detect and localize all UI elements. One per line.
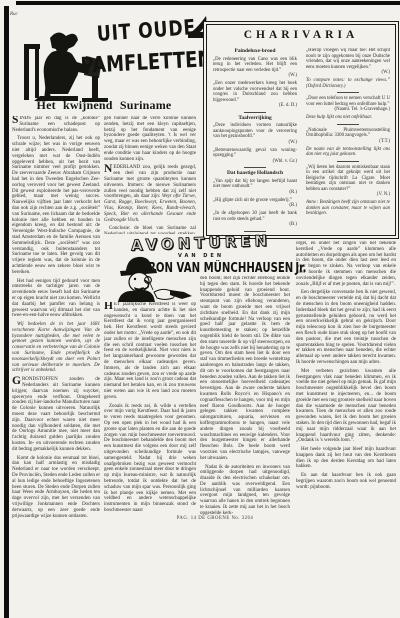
- charivaria-box: CHARIVARIA Paindeluxe-brood „De redeneer…: [203, 21, 399, 239]
- paragraph: Nadat ik de autoriteiten en inwoners van…: [200, 465, 290, 517]
- charivaria-note: Antw.: Bestätigen heeft zijn ontstaan ni…: [306, 200, 390, 217]
- paragraph: HET jaarlijksche Kerstfeest is weer op h…: [104, 302, 196, 401]
- paragraph: Een dergelijke conversatie ben ik niet g…: [296, 290, 396, 365]
- dropcap: H: [104, 302, 114, 312]
- masthead: Ruc UIT OUDE PAMFLETTEN: [10, 10, 200, 96]
- paragraph: En aan dat haardvuur ben ik ook gaan beg…: [296, 473, 396, 490]
- suriname-column-1: SINDS jaar en dag is de „kolonie” Surina…: [12, 116, 100, 520]
- dropcap: N: [104, 165, 113, 175]
- divider: [244, 112, 266, 113]
- dropcap: G: [12, 377, 22, 387]
- story-column-2: den boom; met zijn rechter elleboog leun…: [200, 276, 290, 520]
- paragraph: SINDS jaar en dag is de „kolonie” Surina…: [12, 116, 100, 133]
- paragraph: NEDERLAND zou, gelijk reeds gezegd, een …: [104, 165, 196, 223]
- paragraph: gen hunner naar de verre kolonie kunnen …: [104, 116, 196, 162]
- charivaria-subhead: Taalverrijking: [213, 116, 297, 122]
- avonturen-title-line1: AVONTUREN: [131, 232, 272, 255]
- charivaria-quote: „In de afgeloopen 30 jaar heeft de bank …: [213, 211, 297, 228]
- paragraph: Conclusie: de bloei van Suriname zal Ned…: [104, 226, 196, 234]
- charivaria-quote: „Deze individuen vormen natuurlijke aank…: [213, 123, 297, 145]
- charivaria-note: De naam van de tentoonstelling lijkt ons…: [306, 147, 390, 158]
- story-column-3: orgel, en onder het zingen van het beken…: [296, 241, 396, 491]
- masthead-line1: UIT OUDE: [96, 15, 197, 46]
- charivaria-note: Deze hulp lijkt ons niet onfeilbaar.: [306, 115, 390, 121]
- newspaper-page: Ruc UIT OUDE PAMFLETTEN Het kwijne: [0, 0, 400, 618]
- paragraph: GRONDSTOFFEN zouden de Nederlanders uit …: [12, 377, 100, 452]
- charivaria-quote: „Een onzer medewerkers kreeg het boek on…: [213, 81, 297, 109]
- paragraph: Komt de kolonie dus eenmaal tot bloei, d…: [12, 456, 100, 520]
- paragraph: Zooals ik reeds zei, ik wilde u vertelle…: [104, 404, 196, 514]
- charivaria-note: To compare notes: to exchange views.” (O…: [306, 78, 390, 89]
- charivaria-quote: „Hierop vroegen wij maar toe: Het schijn…: [306, 48, 390, 76]
- charivaria-quote: „Betreurenswaardig geval van woning-opze…: [213, 148, 297, 165]
- scan-edge-bar: [4, 6, 9, 618]
- paragraph: den boom; met zijn rechter elleboog leun…: [200, 276, 290, 462]
- article-title-suriname: Het kwijnend Suriname: [10, 98, 198, 113]
- charivaria-right-column: „Hierop vroegen wij maar toe: Het schijn…: [306, 48, 390, 233]
- charivaria-subhead: Dat haastige Hollandsch: [213, 171, 297, 177]
- charivaria-quote: „Hij glipte zich uit de groote vergaderi…: [213, 198, 297, 209]
- paragraph: Met verbeten gezichten kwamen alle feest…: [296, 369, 396, 444]
- divider: [337, 124, 359, 125]
- paragraph: Het heele volgende jaar bleef mijn haard…: [296, 447, 396, 470]
- divider: [244, 167, 266, 168]
- scan-top-bar: [16, 1, 400, 5]
- page-footer: PAG. 14 DE GROENE No. 3264: [160, 516, 270, 521]
- baron-illustration: [106, 256, 198, 302]
- charivaria-quote: „De redeneering van Cano was een blik te…: [213, 57, 297, 79]
- charivaria-subhead: Paindeluxe-brood: [213, 49, 297, 55]
- charivaria-title: CHARIVARIA: [204, 29, 398, 41]
- charivaria-quote: „Van spijt dat hij tot langen leeftijd h…: [213, 179, 297, 196]
- charivaria-quote: „Wij lieten het daarom onmiskenbaar staa…: [306, 165, 390, 198]
- suriname-column-2: gen hunner naar de verre kolonie kunnen …: [104, 116, 196, 234]
- charivaria-quote: „Nationale Pluimveetentoonstelling Ornit…: [306, 128, 390, 145]
- illustrator-signature: Ruc: [10, 12, 18, 17]
- charivaria-quote: „Door een telefoon te nemen verschaft U …: [306, 96, 390, 113]
- paragraph: Wij bedoelen de in het jaar 1681 versche…: [12, 322, 100, 374]
- charivaria-left-column: Paindeluxe-brood „De redeneering van Can…: [213, 48, 297, 233]
- paragraph: Het had eenigen tijd geduurd voor men om…: [12, 279, 100, 320]
- divider: [337, 161, 359, 162]
- paragraph: orgel, en onder het zingen van het beken…: [296, 241, 396, 287]
- paragraph: Troost u, Nederlanders, zij het ook op s…: [12, 136, 100, 275]
- story-column-1: HET jaarlijksche Kerstfeest is weer op h…: [104, 302, 196, 520]
- divider: [337, 92, 359, 93]
